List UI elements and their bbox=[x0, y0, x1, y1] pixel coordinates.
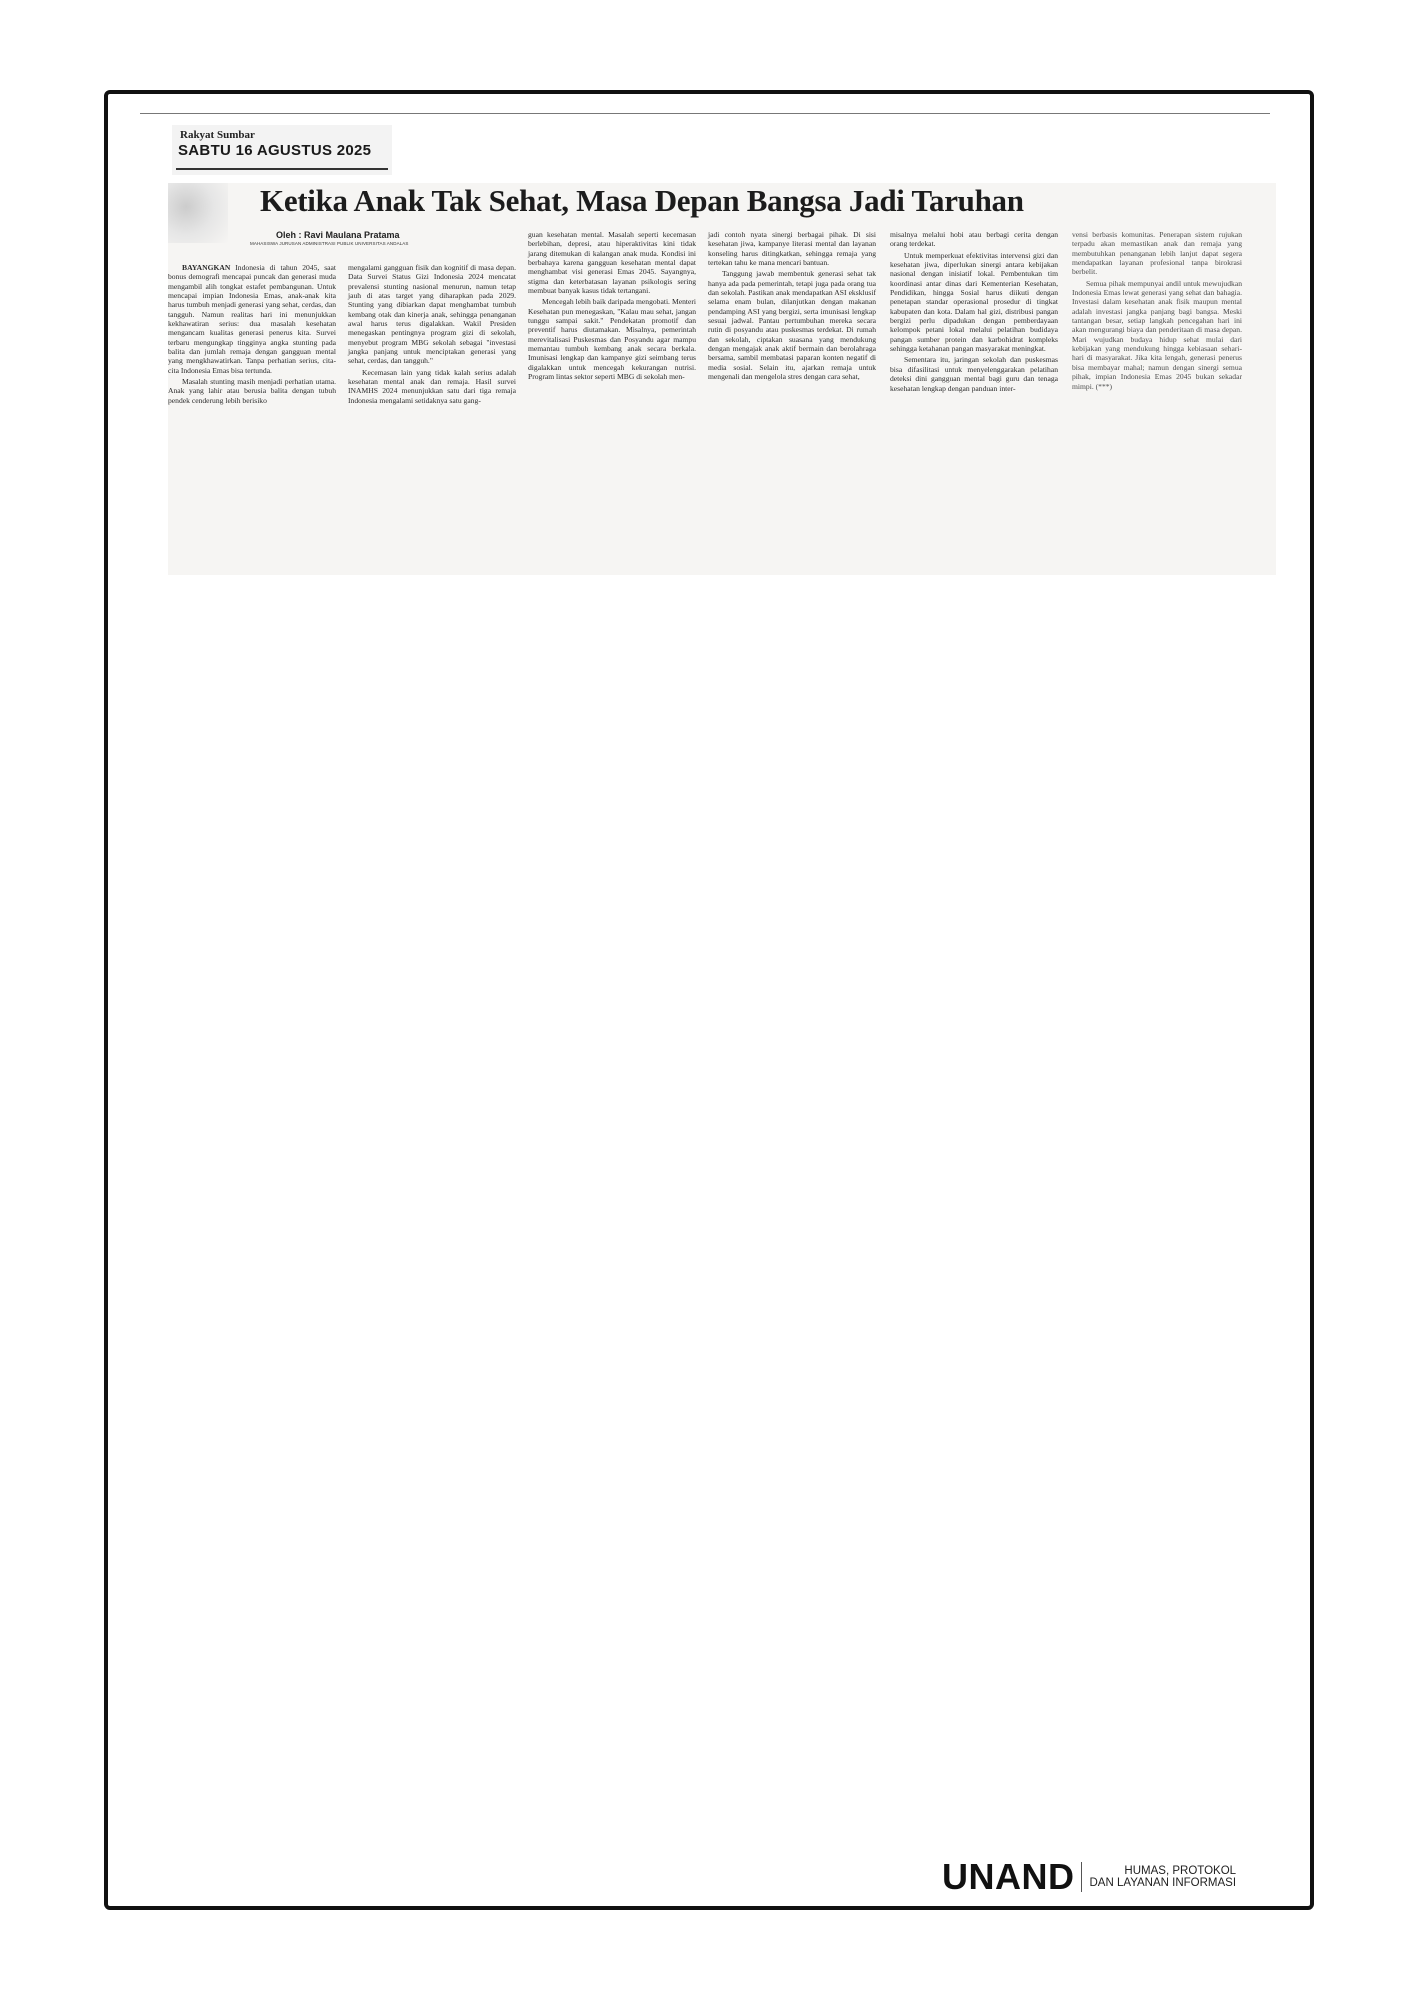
paragraph-text: jadi contoh nyata sinergi berbagai pihak… bbox=[708, 230, 876, 267]
unand-logo: UNAND HUMAS, PROTOKOL DAN LAYANAN INFORM… bbox=[942, 1856, 1236, 1898]
masthead-rule bbox=[176, 168, 388, 170]
unit-name: HUMAS, PROTOKOL DAN LAYANAN INFORMASI bbox=[1090, 1865, 1237, 1889]
paragraph: jadi contoh nyata sinergi berbagai pihak… bbox=[708, 230, 876, 267]
article-column-4: jadi contoh nyata sinergi berbagai pihak… bbox=[708, 230, 876, 382]
paragraph-text: Mencegah lebih baik daripada mengobati. … bbox=[528, 297, 696, 381]
paragraph: mengalami gangguan fisik dan kognitif di… bbox=[348, 263, 516, 366]
paragraph-text: mengalami gangguan fisik dan kognitif di… bbox=[348, 263, 516, 365]
paragraph-text: Tanggung jawab membentuk generasi sehat … bbox=[708, 269, 876, 381]
article-column-5: misalnya melalui hobi atau berbagi cerit… bbox=[890, 230, 1058, 393]
paragraph: Sementara itu, jaringan sekolah dan pusk… bbox=[890, 355, 1058, 392]
paragraph-text: Indonesia di tahun 2045, saat bonus demo… bbox=[168, 263, 336, 375]
paragraph: Semua pihak mempunyai andil untuk mewuju… bbox=[1072, 279, 1242, 391]
paragraph: vensi berbasis komunitas. Penerapan sist… bbox=[1072, 230, 1242, 277]
logo-wordmark: UNAND bbox=[942, 1856, 1075, 1898]
article-headline: Ketika Anak Tak Sehat, Masa Depan Bangsa… bbox=[260, 183, 1270, 219]
top-divider bbox=[140, 113, 1270, 114]
author-affiliation: MAHASISWA JURUSAN ADMINISTRASI PUBLIK UN… bbox=[250, 241, 408, 246]
paragraph: misalnya melalui hobi atau berbagi cerit… bbox=[890, 230, 1058, 249]
article-column-1: BAYANGKAN Indonesia di tahun 2045, saat … bbox=[168, 263, 336, 405]
newspaper-name: Rakyat Sumbar bbox=[180, 129, 255, 141]
paragraph: guan kesehatan mental. Masalah seperti k… bbox=[528, 230, 696, 295]
paragraph-text: misalnya melalui hobi atau berbagi cerit… bbox=[890, 230, 1058, 248]
logo-divider bbox=[1081, 1862, 1082, 1892]
paragraph-text: guan kesehatan mental. Masalah seperti k… bbox=[528, 230, 696, 295]
unit-name-line-1: HUMAS, PROTOKOL bbox=[1090, 1865, 1237, 1877]
paragraph: Tanggung jawab membentuk generasi sehat … bbox=[708, 269, 876, 381]
publication-date: SABTU 16 AGUSTUS 2025 bbox=[178, 142, 371, 159]
paragraph: BAYANGKAN Indonesia di tahun 2045, saat … bbox=[168, 263, 336, 375]
unit-name-line-2: DAN LAYANAN INFORMASI bbox=[1090, 1877, 1237, 1889]
newspaper-masthead: Rakyat Sumbar SABTU 16 AGUSTUS 2025 bbox=[172, 125, 392, 175]
paragraph: Mencegah lebih baik daripada mengobati. … bbox=[528, 297, 696, 381]
paragraph: Untuk memperkuat efektivitas intervensi … bbox=[890, 251, 1058, 354]
paragraph-text: Kecemasan lain yang tidak kalah serius a… bbox=[348, 368, 516, 405]
article-column-3: guan kesehatan mental. Masalah seperti k… bbox=[528, 230, 696, 382]
lead-word: BAYANGKAN bbox=[182, 263, 230, 272]
paragraph-text: Untuk memperkuat efektivitas intervensi … bbox=[890, 251, 1058, 353]
article-clipping: Ketika Anak Tak Sehat, Masa Depan Bangsa… bbox=[168, 183, 1276, 575]
paragraph-text: Semua pihak mempunyai andil untuk mewuju… bbox=[1072, 279, 1242, 391]
paragraph-text: vensi berbasis komunitas. Penerapan sist… bbox=[1072, 230, 1242, 276]
paragraph-text: Sementara itu, jaringan sekolah dan pusk… bbox=[890, 355, 1058, 392]
article-column-6: vensi berbasis komunitas. Penerapan sist… bbox=[1072, 230, 1242, 391]
scan-shadow bbox=[168, 183, 228, 243]
article-column-2: mengalami gangguan fisik dan kognitif di… bbox=[348, 263, 516, 405]
paragraph: Masalah stunting masih menjadi perhatian… bbox=[168, 377, 336, 405]
article-byline: Oleh : Ravi Maulana Pratama bbox=[276, 230, 400, 240]
paragraph: Kecemasan lain yang tidak kalah serius a… bbox=[348, 368, 516, 405]
paragraph-text: Masalah stunting masih menjadi perhatian… bbox=[168, 377, 336, 405]
